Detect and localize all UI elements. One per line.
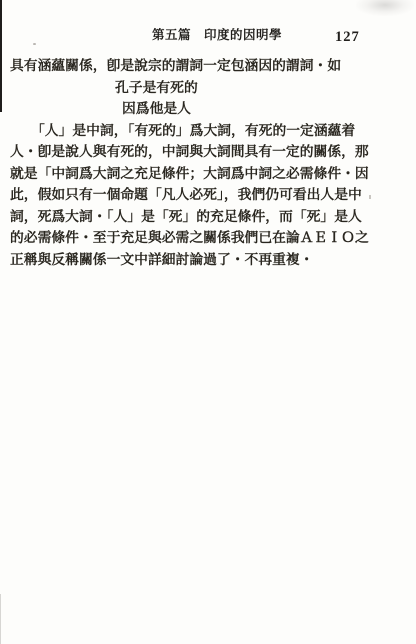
- example-line: 因爲他是人: [10, 98, 382, 120]
- text-line: 正稱與反稱關係一文中詳細討論過了・不再重複・: [10, 249, 382, 271]
- scan-edge-left-artifact: [0, 0, 2, 112]
- example-line: 孔子是有死的: [10, 77, 382, 99]
- text-line: 具有涵蘊關係，卽是說宗的謂詞一定包涵因的謂詞・如: [10, 55, 382, 77]
- page-number: 127: [335, 29, 360, 46]
- scan-smudge-top-right: [356, 0, 414, 16]
- scan-speck: [33, 43, 36, 45]
- scan-edge-left-bottom-artifact: [0, 594, 1, 644]
- book-page-scan: 第五篇 印度的因明學 127 具有涵蘊關係，卽是說宗的謂詞一定包涵因的謂詞・如 …: [0, 0, 416, 644]
- text-line: 人・卽是說人與有死的，中詞與大詞間具有一定的關係，那: [10, 141, 382, 163]
- text-line: 詞，死爲大詞・「人」是「死」的充足條件，而「死」是人: [10, 206, 382, 228]
- chapter-header-title: 第五篇 印度的因明學: [152, 25, 282, 43]
- text-line: 的必需條件・至于充足與必需之關係我們已在論ＡＥＩＯ之: [10, 227, 382, 249]
- text-line: 「人」是中詞，「有死的」爲大詞，有死的一定涵蘊着: [10, 120, 382, 142]
- text-line: 此，假如只有一個命題「凡人必死」，我們仍可看出人是中: [10, 184, 382, 206]
- text-line: 就是「中詞爲大詞之充足條件；大詞爲中詞之必需條件・因: [10, 163, 382, 185]
- body-text-block: 具有涵蘊關係，卽是說宗的謂詞一定包涵因的謂詞・如 孔子是有死的 因爲他是人 「人…: [10, 55, 382, 270]
